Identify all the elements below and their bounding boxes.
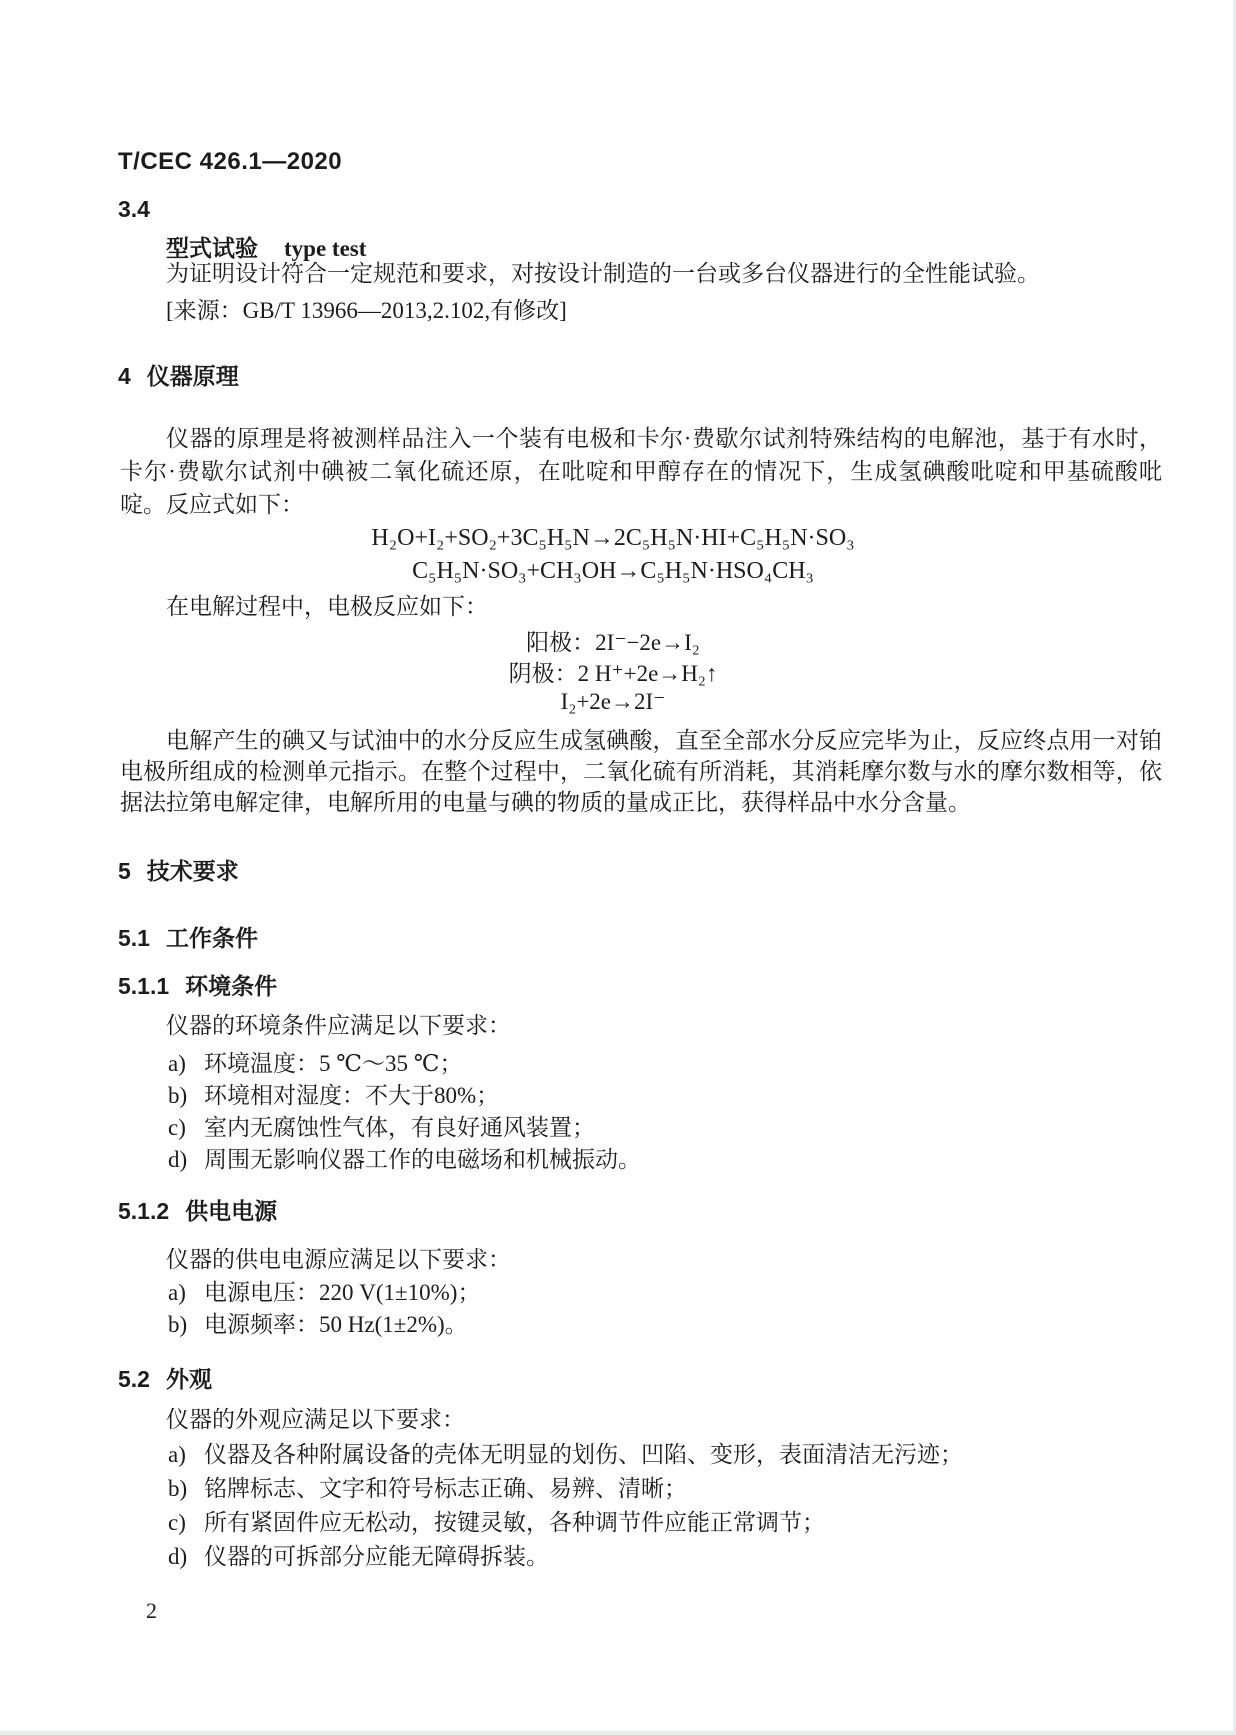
list-item-text: 电源电压：220 V(1±10%)； (204, 1277, 1162, 1309)
source-note: [来源：GB/T 13966—2013,2.102,有修改] (166, 292, 567, 325)
list-item-label: c) (168, 1112, 204, 1144)
section-5-1-1-number: 5.1.1 (118, 973, 169, 999)
list-item: c) 室内无腐蚀性气体，有良好通风装置； (168, 1112, 1162, 1144)
section-5-2-heading: 5.2外观 (118, 1361, 212, 1394)
list-item-label: a) (168, 1048, 204, 1080)
list-item-label: d) (168, 1144, 204, 1176)
page-number: 2 (146, 1598, 157, 1624)
faraday-paragraph: 电解产生的碘又与试油中的水分反应生成氢碘酸，直至全部水分反应完毕为止，反应终点用… (120, 725, 1162, 818)
env-conditions-list: a) 环境温度：5 ℃～35 ℃； b) 环境相对湿度：不大于80%； c) 室… (168, 1048, 1162, 1176)
list-item: d) 仪器的可拆部分应能无障碍拆装。 (168, 1540, 1162, 1574)
section-5-2-title: 外观 (166, 1366, 212, 1392)
section-5-title: 技术要求 (147, 858, 239, 884)
list-item-label: d) (168, 1540, 204, 1574)
list-item: b) 铭牌标志、文字和符号标志正确、易辨、清晰； (168, 1472, 1162, 1506)
reaction-equation-2: C₅H₅N·SO₃+CH₃OH→C₅H₅N·HSO₄CH₃ (92, 558, 1134, 585)
list-item-text: 环境相对湿度：不大于80%； (204, 1080, 1162, 1112)
section-5-1-2-number: 5.1.2 (118, 1198, 169, 1224)
list-item: d) 周围无影响仪器工作的电磁场和机械振动。 (168, 1144, 1162, 1176)
list-item-label: b) (168, 1080, 204, 1112)
section-4-title: 仪器原理 (147, 363, 239, 389)
list-item: b) 环境相对湿度：不大于80%； (168, 1080, 1162, 1112)
list-item-label: c) (168, 1506, 204, 1540)
list-item-text: 所有紧固件应无松动，按键灵敏，各种调节件应能正常调节； (204, 1506, 1162, 1540)
section-5-1-1-title: 环境条件 (185, 973, 277, 999)
power-supply-intro: 仪器的供电电源应满足以下要求： (120, 1244, 1162, 1276)
list-item-text: 铭牌标志、文字和符号标志正确、易辨、清晰； (204, 1472, 1162, 1506)
electrode-intro: 在电解过程中，电极反应如下： (120, 591, 1162, 623)
list-item-label: a) (168, 1438, 204, 1472)
list-item-text: 电源频率：50 Hz(1±2%)。 (204, 1309, 1162, 1341)
list-item: a) 环境温度：5 ℃～35 ℃； (168, 1048, 1162, 1080)
principle-paragraph: 仪器的原理是将被测样品注入一个装有电极和卡尔·费歇尔试剂特殊结构的电解池，基于有… (120, 422, 1162, 521)
section-5-2-number: 5.2 (118, 1366, 150, 1392)
section-5-1-1-heading: 5.1.1环境条件 (118, 968, 277, 1001)
list-item: b) 电源频率：50 Hz(1±2%)。 (168, 1309, 1162, 1341)
section-5-1-heading: 5.1工作条件 (118, 920, 258, 953)
appearance-intro: 仪器的外观应满足以下要求： (120, 1404, 1162, 1436)
list-item-label: b) (168, 1309, 204, 1341)
list-item-text: 仪器及各种附属设备的壳体无明显的划伤、凹陷、变形，表面清洁无污迹； (204, 1438, 1162, 1472)
cathode-equation: 阴极：2 H⁺+2e→H₂↑ (92, 655, 1134, 688)
section-5-1-number: 5.1 (118, 925, 150, 951)
list-item-text: 仪器的可拆部分应能无障碍拆装。 (204, 1540, 1162, 1574)
section-4-heading: 4仪器原理 (118, 358, 239, 391)
env-conditions-intro: 仪器的环境条件应满足以下要求： (120, 1010, 1162, 1042)
section-5-heading: 5技术要求 (118, 853, 239, 886)
doc-code-header: T/CEC 426.1—2020 (118, 148, 342, 176)
section-5-1-2-title: 供电电源 (185, 1198, 277, 1224)
list-item: c) 所有紧固件应无松动，按键灵敏，各种调节件应能正常调节； (168, 1506, 1162, 1540)
section-5-number: 5 (118, 858, 131, 884)
section-4-number: 4 (118, 363, 131, 389)
term-definition: 为证明设计符合一定规范和要求，对按设计制造的一台或多台仪器进行的全性能试验。 (120, 258, 1162, 290)
list-item-label: b) (168, 1472, 204, 1506)
list-item-text: 环境温度：5 ℃～35 ℃； (204, 1048, 1162, 1080)
list-item-text: 室内无腐蚀性气体，有良好通风装置； (204, 1112, 1162, 1144)
appearance-list: a) 仪器及各种附属设备的壳体无明显的划伤、凹陷、变形，表面清洁无污迹； b) … (168, 1438, 1162, 1574)
overall-equation: I₂+2e→2I⁻ (92, 689, 1134, 715)
list-item: a) 仪器及各种附属设备的壳体无明显的划伤、凹陷、变形，表面清洁无污迹； (168, 1438, 1162, 1472)
clause-3-4-number: 3.4 (118, 196, 150, 223)
reaction-equation-1: H₂O+I₂+SO₂+3C₅H₅N→2C₅H₅N·HI+C₅H₅N·SO₃ (92, 525, 1134, 552)
section-5-1-2-heading: 5.1.2供电电源 (118, 1193, 277, 1226)
power-supply-list: a) 电源电压：220 V(1±10%)； b) 电源频率：50 Hz(1±2%… (168, 1277, 1162, 1341)
list-item: a) 电源电压：220 V(1±10%)； (168, 1277, 1162, 1309)
standard-document-page: T/CEC 426.1—2020 3.4 型式试验type test 为证明设计… (0, 0, 1236, 1735)
list-item-text: 周围无影响仪器工作的电磁场和机械振动。 (204, 1144, 1162, 1176)
section-5-1-title: 工作条件 (166, 925, 258, 951)
anode-equation: 阳极：2I⁻−2e→I₂ (92, 624, 1134, 657)
list-item-label: a) (168, 1277, 204, 1309)
